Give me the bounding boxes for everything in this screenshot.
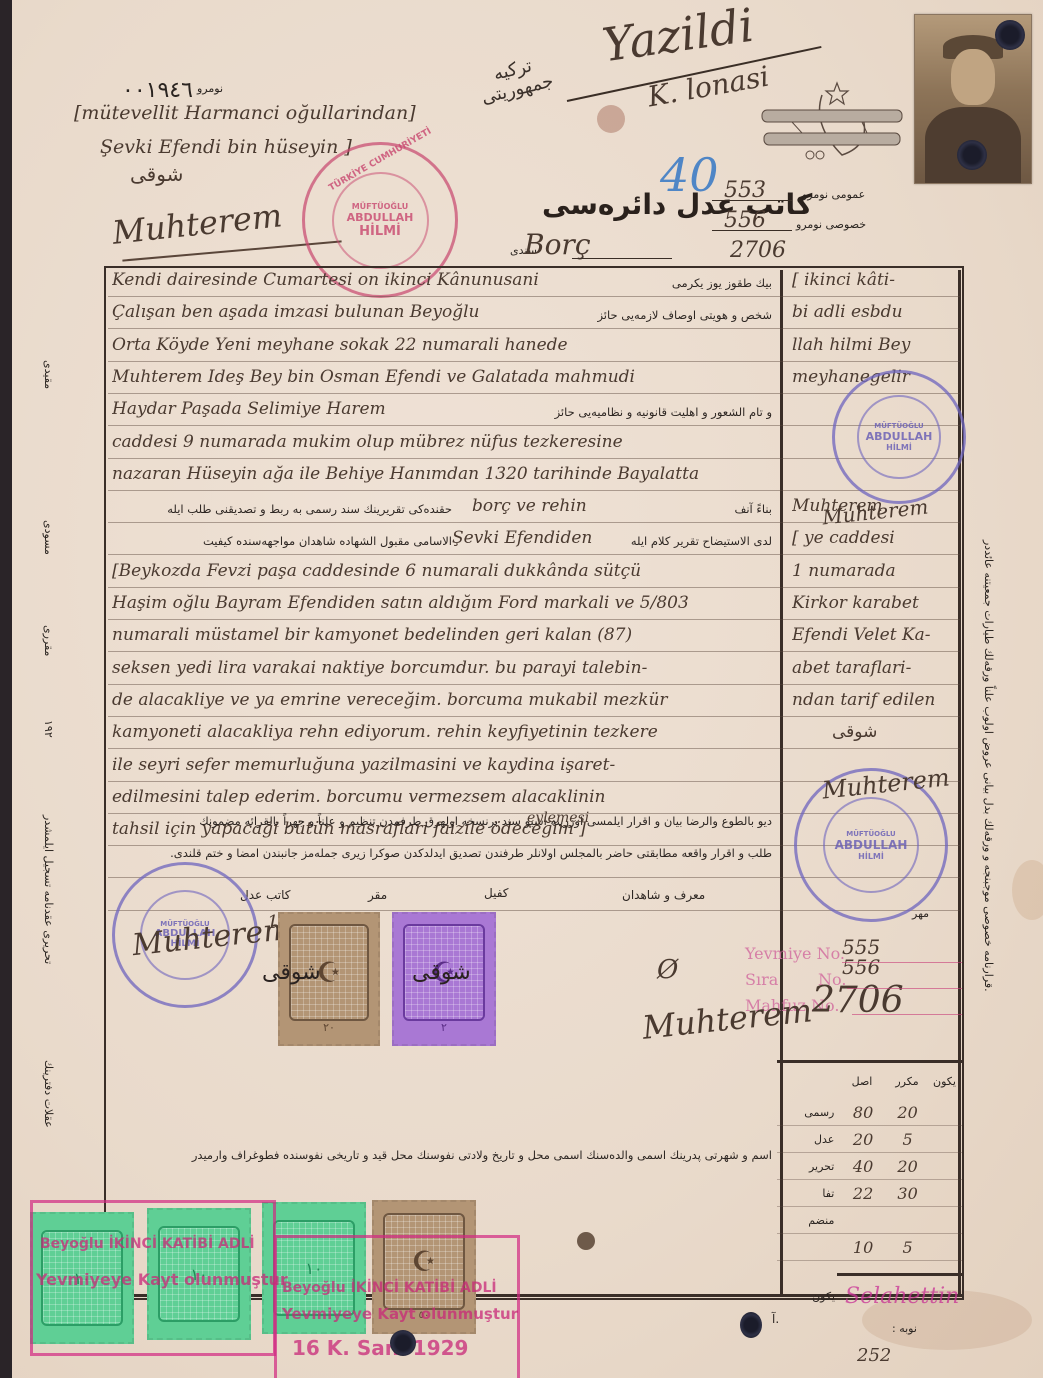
serial-number: ٠٠١٩٤٦ <box>122 78 193 103</box>
registry-line <box>852 1014 962 1015</box>
printed-text: و تام الشعور و اهليت قانونيه و نظاميه‌يى… <box>552 405 772 419</box>
signature-top: Muhterem <box>110 196 283 252</box>
side-column-text: ndan tarif edilen <box>792 690 967 710</box>
printed-text: الاسامى مقبول الشهاده شاهدان مواجهه‌سنده… <box>212 534 452 548</box>
handwritten-text: numarali müstamel bir kamyonet bedelinde… <box>112 625 772 645</box>
fee-cell-asl: 20 <box>838 1130 887 1149</box>
number-line <box>572 258 672 259</box>
seal-middle: MÜFTÜOĞLU <box>846 830 895 838</box>
left-margin-label: مقيدى <box>42 360 55 389</box>
fee-row: رسمى8020 <box>777 1099 962 1126</box>
side-footer-label: مهر <box>912 907 929 920</box>
extra-number-value: 2706 <box>730 238 786 263</box>
bracket-note-line-2: Şevki Efendi bin hüseyin ] <box>100 136 352 158</box>
seal-name: ABDULLAH <box>835 838 908 852</box>
seal-name: ABDULLAH <box>347 211 414 224</box>
number-line <box>712 200 792 201</box>
fee-row: 105 <box>777 1234 962 1261</box>
debtor-label: مقر <box>368 888 387 902</box>
seal-middle: MÜFTÜOĞLU <box>352 202 409 211</box>
stamp-value: ٢ <box>441 1021 447 1034</box>
handwritten-text: ile seyri sefer memurluğuna yazilmasini … <box>112 755 772 775</box>
seal-sub: HİLMİ <box>858 852 884 861</box>
registry-line <box>847 988 962 989</box>
handwritten-text: Haşim oğlu Bayram Efendiden satın aldığı… <box>112 593 772 613</box>
fee-cell-lbl: تفا <box>777 1187 838 1200</box>
ruled-line <box>108 296 960 297</box>
seal-sub: HİLMİ <box>359 224 401 239</box>
fee-cell-asl: 22 <box>838 1184 887 1203</box>
sira-value: 556 <box>842 955 880 979</box>
handwritten-text: borç ve rehin <box>472 496 672 516</box>
handwritten-text: de alacakliye ve ya emrine vereceğim. bo… <box>112 690 772 710</box>
ruled-line <box>108 684 960 685</box>
cancel-stamp-line-2: Yevmiyeye Kayt olunmuştur <box>36 1270 288 1289</box>
ruled-line <box>108 361 960 362</box>
footer-label: نوبه : <box>892 1322 917 1335</box>
right-margin-text: قرارنامه خصوصی موجبنجه و ورقه‌لك بدل بيا… <box>982 540 995 992</box>
stain <box>1012 860 1043 920</box>
eyelet-icon <box>390 1330 416 1356</box>
initial-mark: Ø <box>657 955 678 985</box>
left-margin-label: ١٩٢ <box>42 720 55 738</box>
witnesses-label: معرف و شاهدان <box>622 888 705 902</box>
yevmiye-label: Yevmiye No. <box>745 944 845 963</box>
stamp-cancel-mark: شوقى <box>262 960 321 985</box>
fee-cell-mukerrer: 5 <box>888 1238 928 1257</box>
side-column-text: Kirkor karabet <box>792 593 967 613</box>
ruled-line <box>108 716 960 717</box>
handwritten-text: Muhterem Ideş Bey bin Osman Efendi ve Ga… <box>112 367 772 387</box>
eyelet-icon <box>995 20 1025 50</box>
registry-line <box>842 962 962 963</box>
fee-table: اصل مكرر يكون رسمى8020عدل205تحرير4020تفا… <box>777 1060 962 1316</box>
fee-cell-lbl: تحرير <box>777 1160 838 1173</box>
closing-hand-word: eylemesi <box>527 810 589 826</box>
general-number-label: عمومی نومرو <box>802 188 865 201</box>
closing-print-line-1: ديو بالطوع والرضا بيان و اقرار ايلمسى او… <box>122 814 772 828</box>
ruled-line <box>108 748 960 749</box>
fee-row: تحرير4020 <box>777 1153 962 1180</box>
handwritten-text: seksen yedi lira varakai naktiye borcumd… <box>112 658 772 678</box>
ink-blot <box>597 105 625 133</box>
side-column-text: abet taraflari- <box>792 658 967 678</box>
side-column-text: [ ikinci kâti- <box>792 270 967 290</box>
printed-text: حقنده‌كى تقريرينك سند رسمى به ربط و تصدي… <box>182 502 452 516</box>
ruled-line <box>108 587 960 588</box>
fee-cell-lbl: رسمى <box>777 1106 838 1119</box>
handwritten-text: Çalışan ben aşada imzasi bulunan Beyoğlu <box>112 302 542 322</box>
seal-sub: HİLMİ <box>886 443 912 452</box>
handwritten-text: nazaran Hüseyin ağa ile Behiye Hanımdan … <box>112 464 772 484</box>
seal-name: ABDULLAH <box>866 430 933 443</box>
handwritten-text: caddesi 9 numarada mukim olup mübrez nüf… <box>112 432 772 452</box>
fee-cell-lbl: عدل <box>777 1133 838 1146</box>
violet-notary-seal-right-1: MÜFTÜOĞLU ABDULLAH HİLMİ <box>832 370 966 504</box>
stamp-cancel-mark: شوقى <box>412 960 471 985</box>
document-page: ٠٠١٩٤٦ نومرو [mütevellit Harmanci oğulla… <box>12 0 1043 1378</box>
side-column-text: 1 numarada <box>792 561 967 581</box>
closing-print-line-2: طلب و اقرار واقعه مطابقتى حاضر بالمجلس ا… <box>122 846 772 860</box>
cancel-date: 16 K. Sani 1929 <box>292 1336 468 1360</box>
handwritten-text: Şevki Efendiden <box>452 528 652 548</box>
bottom-print-line: اسم و شهرتى پدرينك اسمى والده‌سنك اسمى م… <box>152 1148 772 1162</box>
eyelet-icon <box>957 140 987 170</box>
fee-total-row: يكون Selahettin <box>777 1276 962 1316</box>
side-column-text: شوقى <box>832 722 1007 742</box>
airplane-emblem-icon <box>752 75 912 165</box>
left-margin-label: تحريرى عقدنامه تسجيل ايلمشدر <box>42 815 55 964</box>
fee-cell-asl: 80 <box>838 1103 887 1122</box>
deed-type-value: Borç <box>524 228 591 261</box>
guarantor-label: كفيل <box>484 886 509 900</box>
left-margin-label: عقلات دفترينك <box>42 1060 55 1128</box>
bracket-note-line-1: [mütevellit Harmanci oğullarindan] <box>74 102 416 124</box>
ruled-line <box>108 328 960 329</box>
footer-value: 252 <box>857 1345 891 1366</box>
left-margin-label: مسودى <box>42 520 55 555</box>
handwritten-text: [Beykozda Fevzi paşa caddesinde 6 numara… <box>112 561 772 581</box>
fee-signature: Selahettin <box>845 1284 959 1309</box>
header-mukerrer: مكرر <box>887 1075 927 1088</box>
fee-cell-asl: 10 <box>838 1238 887 1257</box>
punch-hole <box>577 1232 595 1250</box>
side-column-text: llah hilmi Bey <box>792 335 967 355</box>
fee-row: منضم <box>777 1207 962 1234</box>
handwritten-text: Haydar Paşada Selimiye Harem <box>112 399 542 419</box>
fee-cell-mukerrer: 5 <box>888 1130 928 1149</box>
fee-table-header: اصل مكرر يكون <box>777 1063 962 1099</box>
yazildi-note: Yazildi <box>599 0 757 72</box>
printed-text-prefix: لدى الاستيضاح تقرير كلام ايله <box>652 534 772 548</box>
ruled-line <box>108 458 960 459</box>
handwritten-text: Kendi dairesinde Cumartesi on ikinci Kân… <box>112 270 542 290</box>
cancel-stamp-line-1b: Beyoğlu İKİNCİ KATİBİ ADLİ <box>282 1280 497 1296</box>
blue-pencil-number: 40 <box>660 148 719 202</box>
cancel-stamp-line-2b: Yevmiyeye Kayt olunmuştur <box>282 1305 518 1323</box>
printed-text: شخص و هويتى اوصاف لازمه‌يى حائز <box>552 308 772 322</box>
sira-label: Sıra <box>745 970 778 989</box>
handwritten-text: kamyoneti alacakliya rehn ediyorum. rehi… <box>112 722 772 742</box>
number-line <box>712 230 792 231</box>
side-column-text: [ ye caddesi <box>792 528 967 548</box>
cancel-stamp-line-1: Beyoğlu İKİNCİ KATİBİ ADLİ <box>40 1236 255 1252</box>
tughra-emblem: ترکیه جمهوریتی <box>462 49 572 127</box>
fee-cell-mukerrer: 20 <box>888 1157 928 1176</box>
printed-text: بيك طقوز يوز يكرمى <box>552 276 772 290</box>
fee-row: عدل205 <box>777 1126 962 1153</box>
header-yekun: يكون <box>927 1075 962 1088</box>
eyelet-icon <box>740 1312 762 1338</box>
fee-row: تفا2230 <box>777 1180 962 1207</box>
fee-cell-lbl: منضم <box>777 1214 838 1227</box>
fee-cell-mukerrer: 20 <box>888 1103 928 1122</box>
side-column-text: bi adli esbdu <box>792 302 967 322</box>
fee-cell-mukerrer: 30 <box>888 1184 928 1203</box>
ruled-line <box>108 393 960 394</box>
handwritten-text: Orta Köyde Yeni meyhane sokak 22 numaral… <box>112 335 772 355</box>
ruled-line <box>108 619 960 620</box>
serial-label: نومرو <box>197 82 223 95</box>
handwritten-text: edilmesini talep ederim. borcumu vermezs… <box>112 787 772 807</box>
stamp-value: ٢٠ <box>323 1021 335 1034</box>
ruled-line <box>108 651 960 652</box>
left-margin-label: مقررى <box>42 625 55 656</box>
arabic-signature: شوقى <box>130 162 183 186</box>
side-column-text: Efendi Velet Ka- <box>792 625 967 645</box>
ruled-line <box>108 554 960 555</box>
ruled-line <box>108 490 960 491</box>
seal-middle: MÜFTÜOĞLU <box>874 422 923 430</box>
printed-text-prefix: بناءً آنف <box>702 502 772 516</box>
header-asl: اصل <box>837 1075 887 1088</box>
fee-cell-asl: 40 <box>838 1157 887 1176</box>
total-label: يكون <box>777 1290 835 1303</box>
special-number-label: خصوصی نومرو <box>796 218 866 231</box>
